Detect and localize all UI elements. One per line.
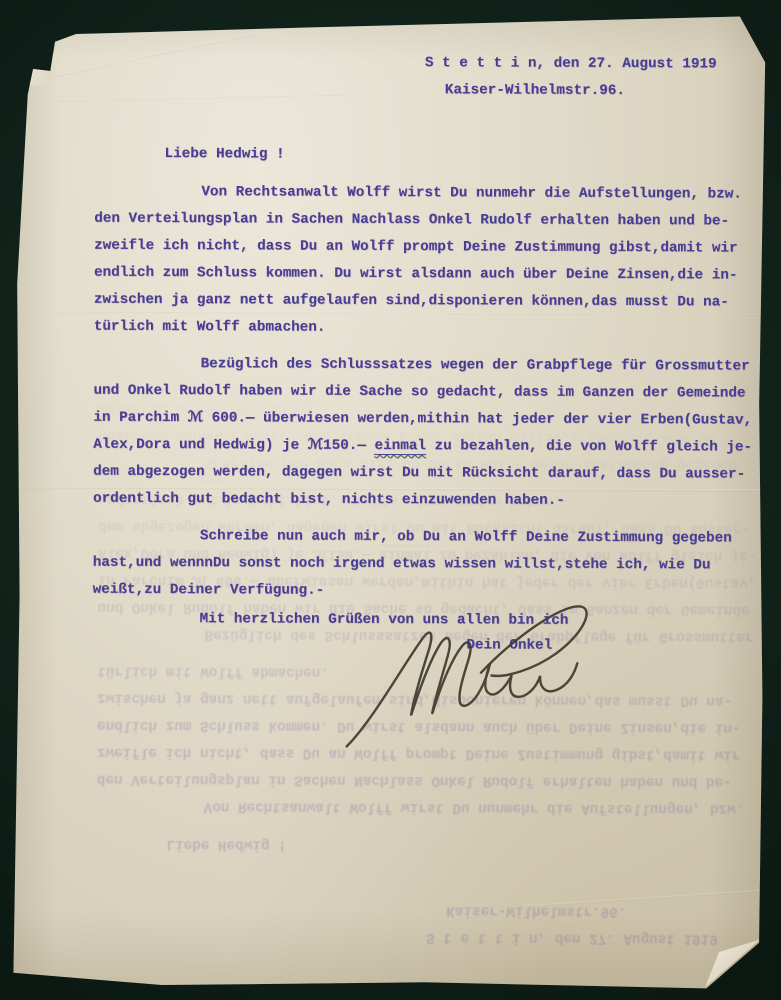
paragraph-3: Schreibe nun auch mir, ob Du an Wolff De… bbox=[93, 523, 732, 607]
letter-page: S t e t t i n, den 27. August 1919 Kaise… bbox=[12, 10, 766, 989]
letter-line: den Verteilungsplan in Sachen Nachlass O… bbox=[94, 206, 742, 236]
letter-line: Schreibe nun auch mir, ob Du an Wolff De… bbox=[93, 523, 732, 553]
letterhead: S t e t t i n, den 27. August 1919 Kaise… bbox=[425, 50, 717, 105]
line-text: Alex,Dora und Hedwig) je ℳ150.— bbox=[93, 437, 374, 454]
letter-line: Bezüglich des Schlusssatzes wegen der Gr… bbox=[94, 351, 753, 381]
letter-content: S t e t t i n, den 27. August 1919 Kaise… bbox=[12, 10, 766, 989]
paragraph-2: Bezüglich des Schlusssatzes wegen der Gr… bbox=[93, 351, 752, 516]
letter-line: hast,und wennnDu sonst noch irgend etwas… bbox=[93, 550, 732, 580]
letter-line: türlich mit Wolff abmachen. bbox=[94, 314, 742, 344]
photo-background: S t e t t i n, den 27. August 1919 Kaise… bbox=[0, 0, 781, 1000]
letter-line: zweifle ich nicht, dass Du an Wolff prom… bbox=[94, 233, 742, 263]
letter-line: und Onkel Rudolf haben wir die Sache so … bbox=[93, 378, 752, 408]
letterhead-place-date: S t e t t i n, den 27. August 1919 bbox=[425, 50, 717, 78]
salutation: Liebe Hedwig ! bbox=[164, 141, 284, 169]
letter-line: weißt,zu Deiner Verfügung.- bbox=[93, 577, 732, 607]
letter-line: in Parchim ℳ 600.— überwiesen werden,mit… bbox=[93, 405, 752, 435]
underlined-word: einmal bbox=[374, 438, 426, 455]
letter-line-with-mark: Alex,Dora und Hedwig) je ℳ150.— einmal z… bbox=[93, 432, 752, 462]
line-text: zu bezahlen, die von Wolff gleich je- bbox=[426, 438, 752, 455]
letter-line: Von Rechtsanwalt Wolff wirst Du nunmehr … bbox=[94, 179, 742, 209]
letter-line: ordentlich gut bedacht bist, nichts einz… bbox=[93, 486, 752, 516]
letter-line: endlich zum Schluss kommen. Du wirst als… bbox=[94, 260, 742, 290]
paragraph-1: Von Rechtsanwalt Wolff wirst Du nunmehr … bbox=[94, 179, 742, 344]
letter-line: dem abgezogen werden, dagegen wirst Du m… bbox=[93, 459, 752, 489]
letter-line: zwischen ja ganz nett aufgelaufen sind,d… bbox=[94, 287, 742, 317]
letterhead-street: Kaiser-Wilhelmstr.96. bbox=[425, 77, 717, 105]
